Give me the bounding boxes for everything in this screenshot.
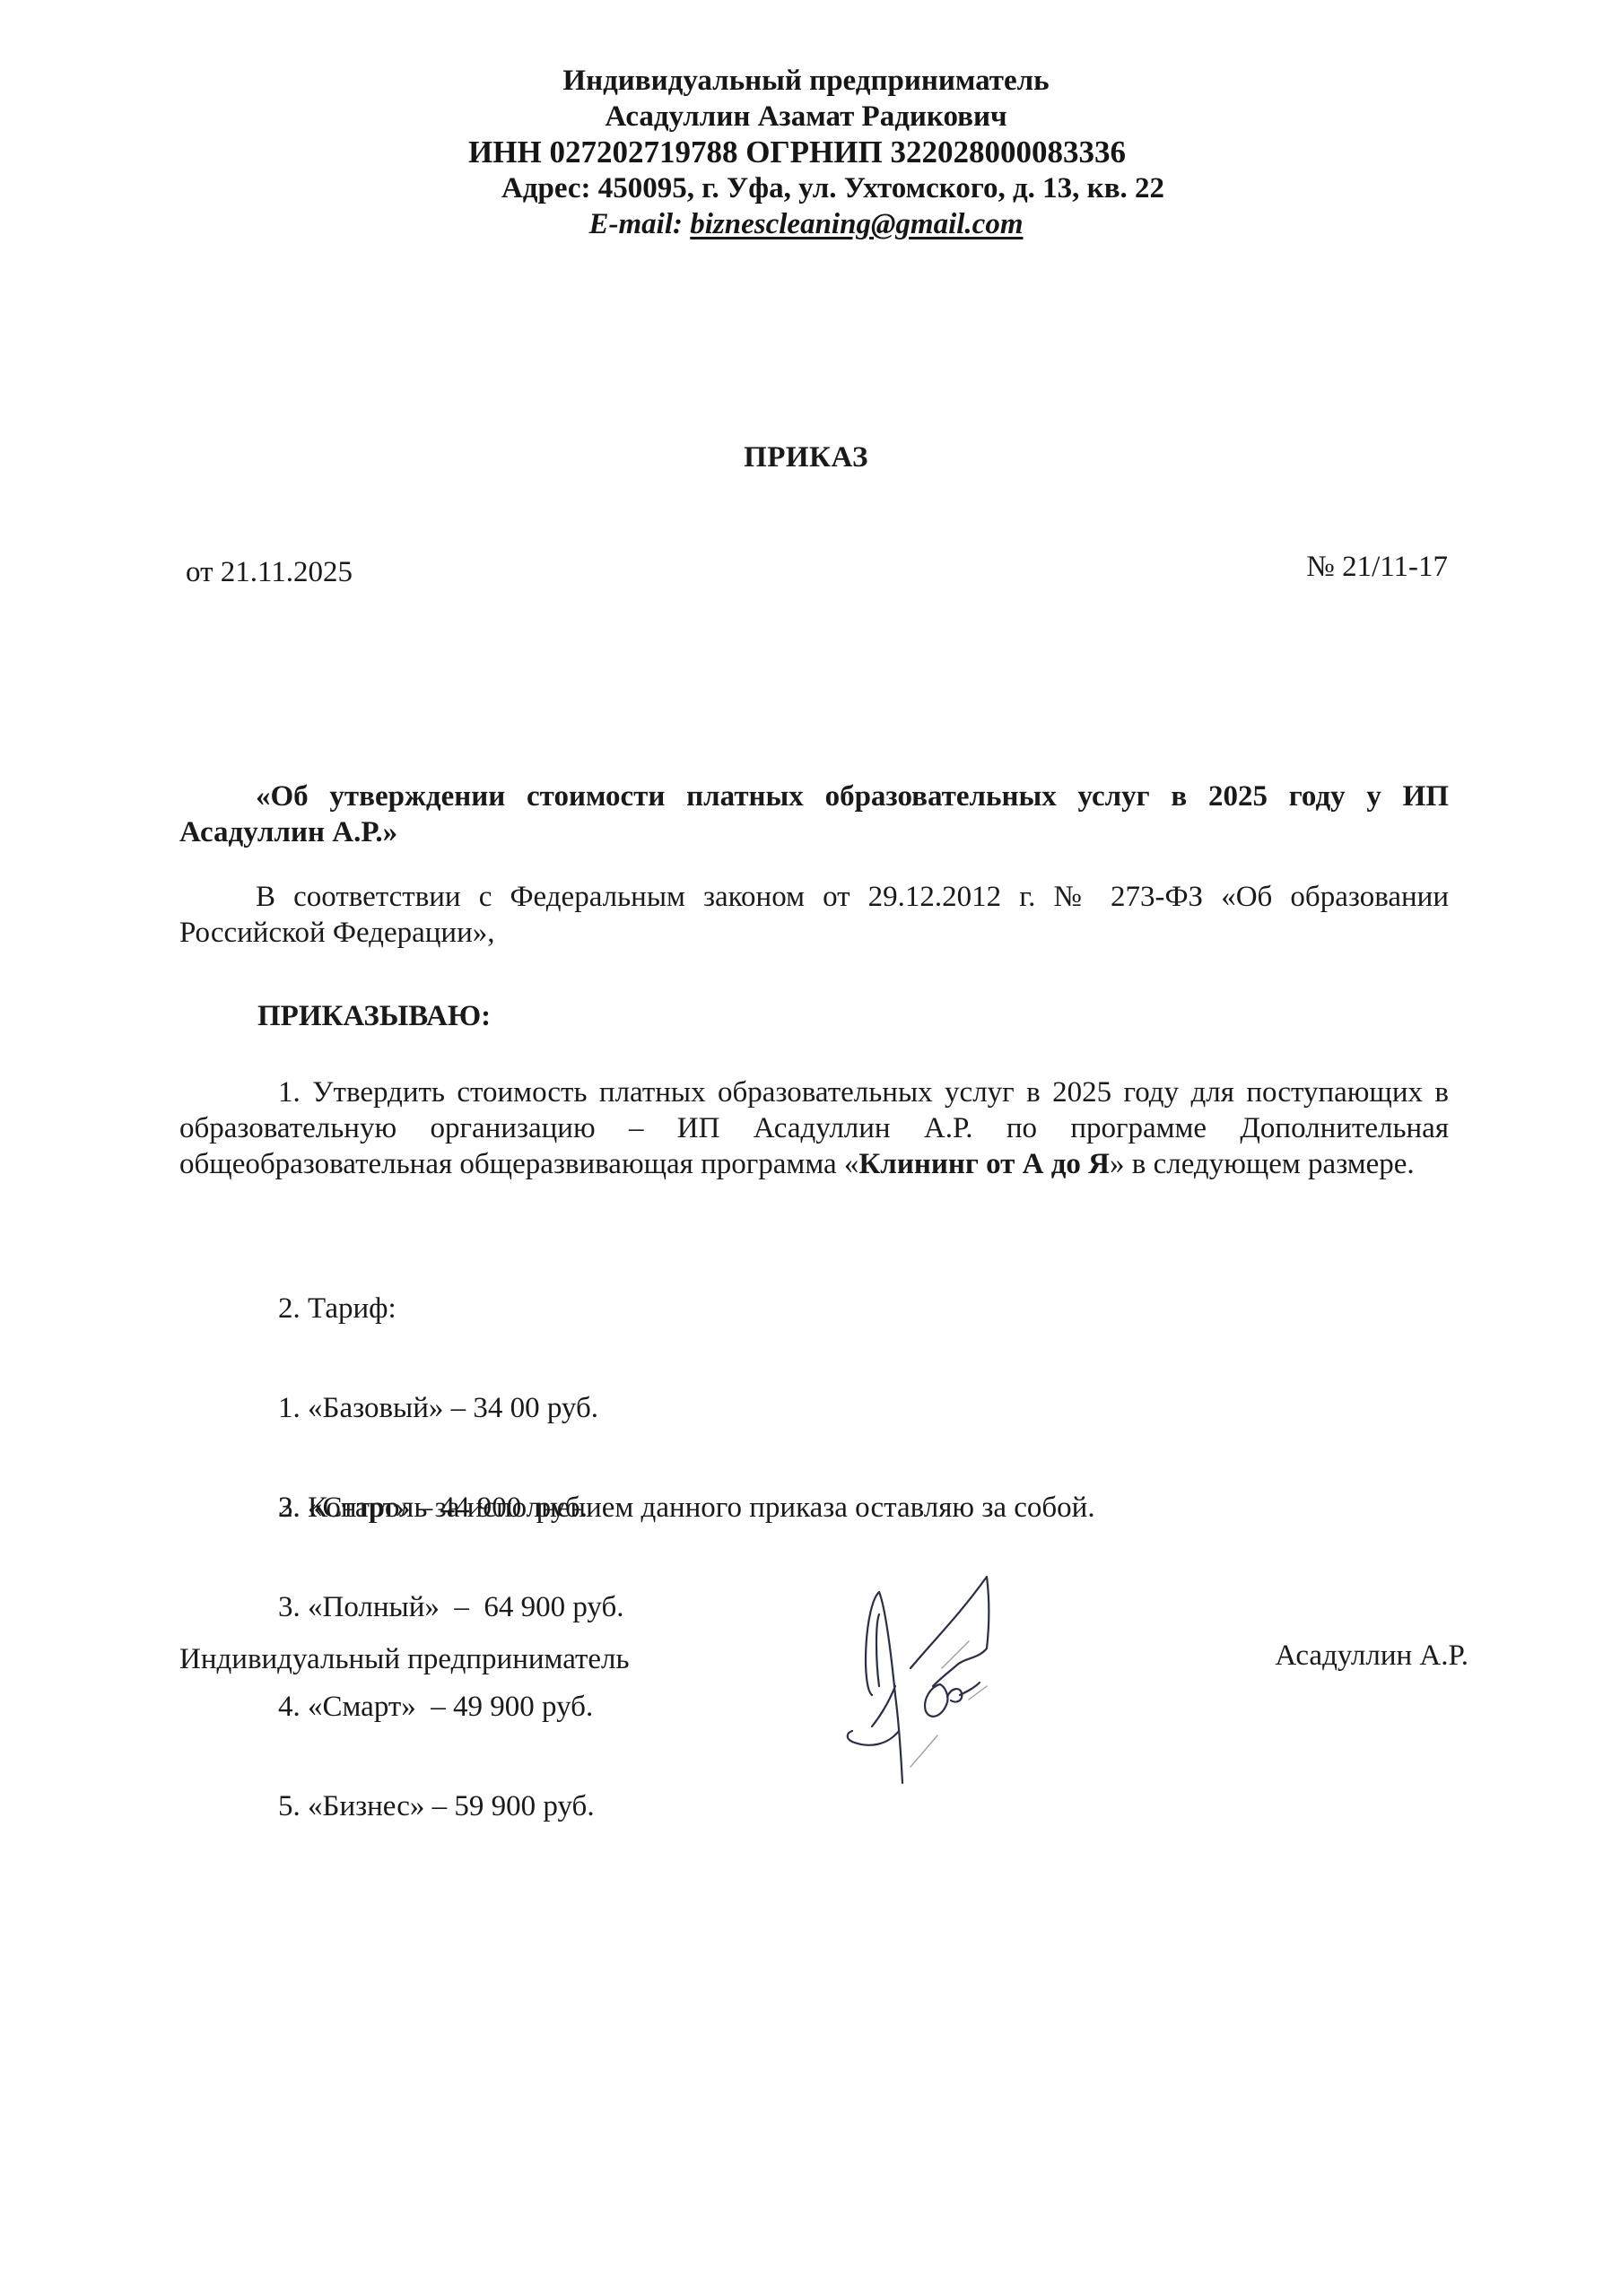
email-label: E-mail: [589,208,691,240]
letterhead-full-name: Асадуллин Азамат Радикович [0,99,1612,135]
tariff-heading: 2. Тариф: [278,1292,624,1326]
letterhead: Индивидуальный предприниматель Асадуллин… [0,63,1612,242]
letterhead-inn-ogrnip: ИНН 027202719788 ОГРНИП 322028000083336 [0,135,1612,170]
document-date: от 21.11.2025 [186,556,353,589]
order-word: ПРИКАЗЫВАЮ: [257,1000,491,1033]
tariff-item: 5. «Бизнес» – 59 900 руб. [278,1790,624,1823]
document-title: ПРИКАЗ [0,441,1612,474]
document-number: № 21/11-17 [1306,551,1448,584]
letterhead-email-line: E-mail: biznescleaning@gmail.com [0,206,1612,242]
letterhead-entity-type: Индивидуальный предприниматель [0,63,1612,99]
signatory-title: Индивидуальный предприниматель [179,1643,630,1676]
signatory-name: Асадуллин А.Р. [1275,1639,1468,1673]
handwritten-signature-icon [825,1552,1041,1785]
program-name: Клининг от А до Я [858,1148,1110,1180]
letterhead-address: Адрес: 450095, г. Уфа, ул. Ухтомского, д… [54,170,1612,206]
order-item-1: 1. Утвердить стоимость платных образоват… [179,1074,1449,1182]
email-link[interactable]: biznescleaning@gmail.com [690,208,1023,240]
order-item-1-suffix: » в следующем размере. [1110,1148,1415,1180]
tariff-item: 3. «Полный» – 64 900 руб. [278,1591,624,1624]
tariff-item: 4. «Смарт» – 49 900 руб. [278,1691,624,1724]
tariff-list: 2. Тариф: 1. «Базовый» – 34 00 руб. 2. «… [278,1226,624,1890]
document-subject: «Об утверждении стоимости платных образо… [179,778,1449,850]
document-preamble: В соответствии с Федеральным законом от … [179,879,1449,951]
order-item-3-control: 3. Контроль за исполнением данного прика… [278,1492,1095,1525]
document-page: Индивидуальный предприниматель Асадуллин… [0,0,1612,2296]
tariff-item: 1. «Базовый» – 34 00 руб. [278,1392,624,1425]
